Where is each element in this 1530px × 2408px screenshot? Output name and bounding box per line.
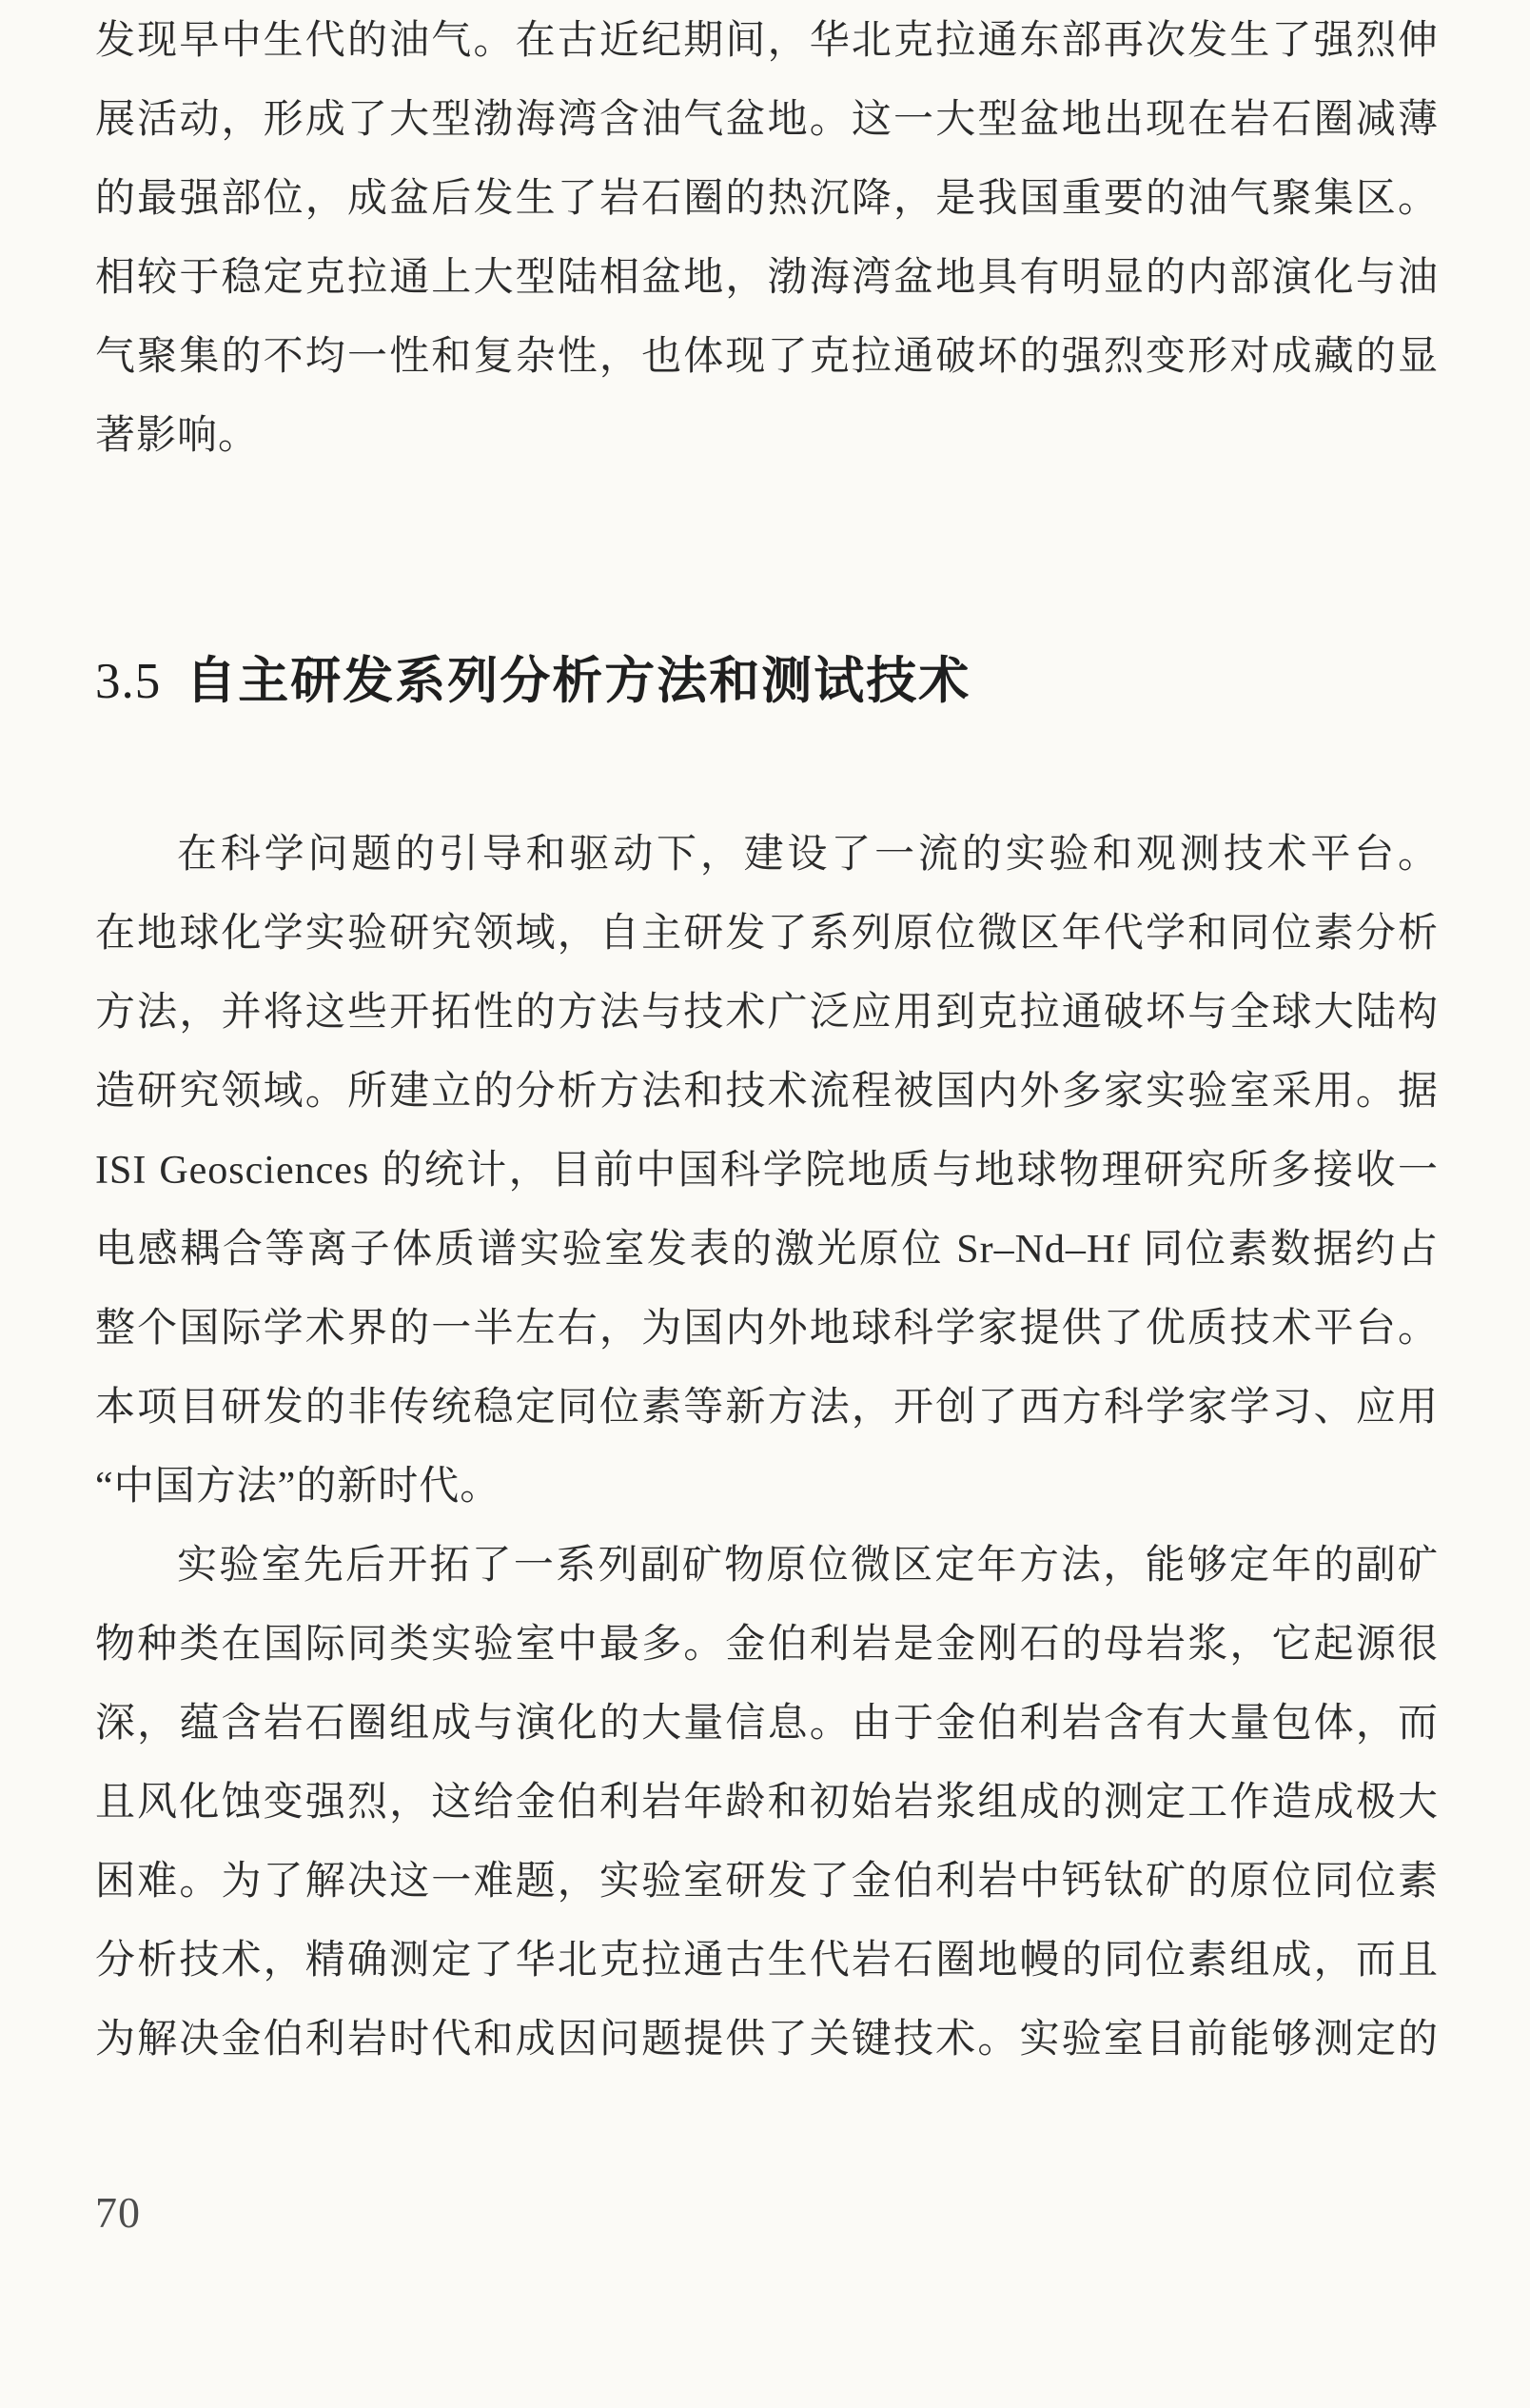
text-line: 电感耦合等离子体质谱实验室发表的激光原位 Sr–Nd–Hf 同位素数据约占 [95, 1211, 1439, 1290]
text-line: 本项目研发的非传统稳定同位素等新方法，开创了西方科学家学习、应用 [95, 1369, 1439, 1448]
text-line: 在地球化学实验研究领域，自主研发了系列原位微区年代学和同位素分析 [95, 895, 1439, 974]
text-line: 相较于稳定克拉通上大型陆相盆地，渤海湾盆地具有明显的内部演化与油 [95, 239, 1439, 318]
text-line: 的最强部位，成盆后发生了岩石圈的热沉降，是我国重要的油气聚集区。 [95, 160, 1439, 239]
intro-paragraph: 发现早中生代的油气。在古近纪期间，华北克拉通东部再次发生了强烈伸 展活动，形成了… [95, 2, 1439, 476]
text-line: 物种类在国际同类实验室中最多。金伯利岩是金刚石的母岩浆，它起源很 [95, 1606, 1439, 1685]
text-line: 在科学问题的引导和驱动下，建设了一流的实验和观测技术平台。 [95, 816, 1439, 895]
text-line: 气聚集的不均一性和复杂性，也体现了克拉通破坏的强烈变形对成藏的显 [95, 318, 1439, 397]
body-paragraph-1: 在科学问题的引导和驱动下，建设了一流的实验和观测技术平台。 在地球化学实验研究领… [95, 816, 1439, 1527]
document-page: 发现早中生代的油气。在古近纪期间，华北克拉通东部再次发生了强烈伸 展活动，形成了… [0, 0, 1530, 2408]
text-line: 分析技术，精确测定了华北克拉通古生代岩石圈地幔的同位素组成，而且 [95, 1922, 1439, 2001]
section-heading: 3.5自主研发系列分析方法和测试技术 [95, 641, 1439, 721]
text-line: 方法，并将这些开拓性的方法与技术广泛应用到克拉通破坏与全球大陆构 [95, 974, 1439, 1053]
text-line: 造研究领域。所建立的分析方法和技术流程被国内外多家实验室采用。据 [95, 1053, 1439, 1132]
section-title: 自主研发系列分析方法和测试技术 [186, 654, 971, 709]
text-line: 整个国际学术界的一半左右，为国内外地球科学家提供了优质技术平台。 [95, 1290, 1439, 1369]
text-line: “中国方法”的新时代。 [95, 1448, 1439, 1527]
text-line: 为解决金伯利岩时代和成因问题提供了关键技术。实验室目前能够测定的 [95, 2001, 1439, 2080]
text-line: 深，蕴含岩石圈组成与演化的大量信息。由于金伯利岩含有大量包体，而 [95, 1685, 1439, 1764]
text-line: 展活动，形成了大型渤海湾含油气盆地。这一大型盆地出现在岩石圈减薄 [95, 81, 1439, 160]
text-line: 发现早中生代的油气。在古近纪期间，华北克拉通东部再次发生了强烈伸 [95, 2, 1439, 81]
text-line: 著影响。 [95, 397, 1439, 476]
text-line: ISI Geosciences 的统计，目前中国科学院地质与地球物理研究所多接收… [95, 1132, 1439, 1211]
text-line: 困难。为了解决这一难题，实验室研发了金伯利岩中钙钛矿的原位同位素 [95, 1843, 1439, 1922]
section-number: 3.5 [95, 654, 161, 709]
text-line: 且风化蚀变强烈，这给金伯利岩年龄和初始岩浆组成的测定工作造成极大 [95, 1764, 1439, 1843]
body-paragraph-2: 实验室先后开拓了一系列副矿物原位微区定年方法，能够定年的副矿 物种类在国际同类实… [95, 1527, 1439, 2080]
page-number: 70 [95, 2173, 1439, 2252]
text-line: 实验室先后开拓了一系列副矿物原位微区定年方法，能够定年的副矿 [95, 1527, 1439, 1606]
